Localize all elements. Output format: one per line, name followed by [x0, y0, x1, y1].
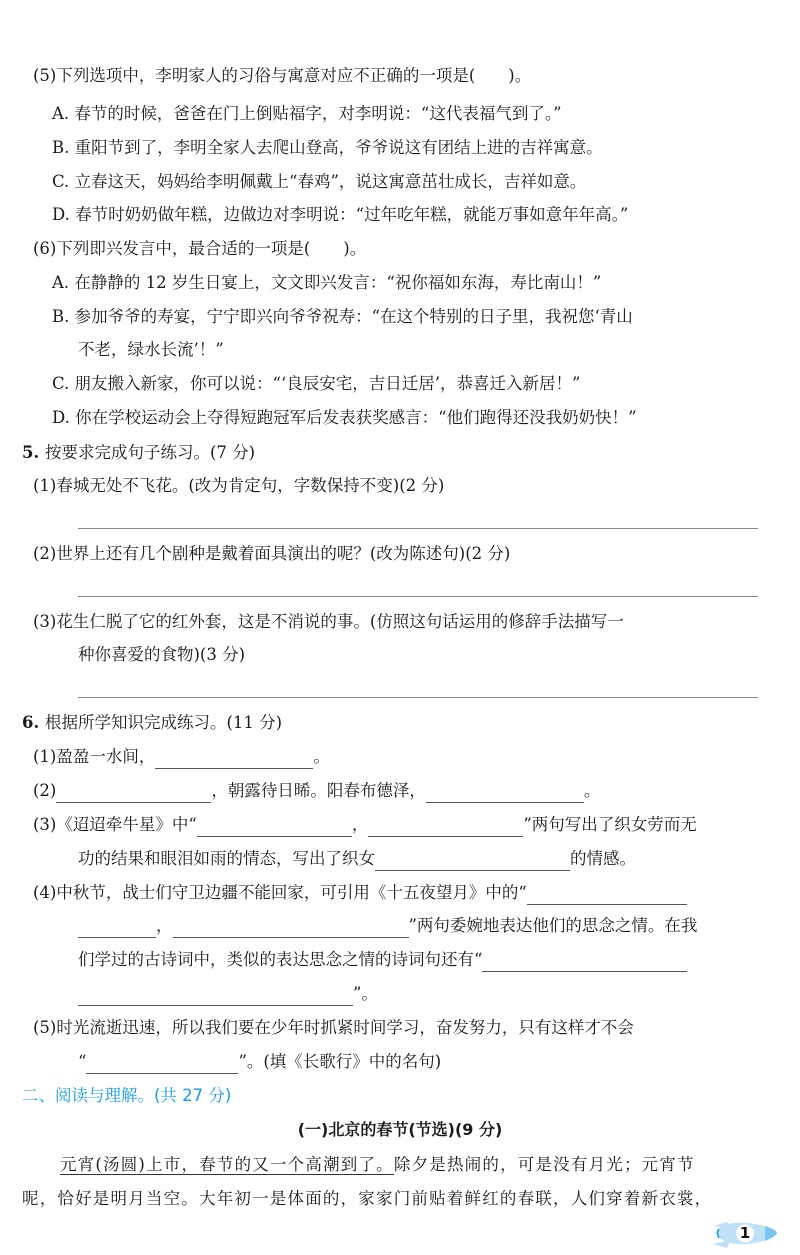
q6-item-3-text3: 功的结果和眼泪如雨的情态，写出了织女: [78, 849, 375, 868]
q5-item-1: (1)春城无处不飞花。(改为肯定句，字数保持不变)(2 分): [33, 474, 444, 498]
q6-option-b-cont: 不老，绿水长流’！”: [78, 338, 224, 362]
q6-option-d: D. 你在学校运动会上夺得短跑冠军后发表获奖感言：“他们跑得还没我奶奶快！”: [52, 406, 637, 430]
question5-number: 5.: [22, 443, 39, 462]
q6-item-1: (1)盈盈一水间，。: [33, 745, 330, 769]
q5-stem: (5)下列选项中，李明家人的习俗与寓意对应不正确的一项是( )。: [33, 64, 531, 88]
q6-item-3-text4: 的情感。: [570, 849, 636, 868]
section-heading: 二、阅读与理解。(共 27 分): [22, 1084, 231, 1108]
q6-item-2-label: (2): [33, 781, 56, 800]
question6-heading: 6. 根据所学知识完成练习。(11 分): [22, 711, 282, 735]
q6-item-2: (2)，朝露待日晞。阳春布德泽，。: [33, 779, 600, 803]
q6-item-4-text: (4)中秋节，战士们守卫边疆不能回家，可引用《十五夜望月》中的“: [33, 883, 527, 902]
passage-line-1: 元宵(汤圆)上市，春节的又一个高潮到了。除夕是热闹的，可是没有月光；元宵节: [60, 1153, 695, 1177]
fill-blank[interactable]: [482, 953, 687, 972]
fill-blank[interactable]: [173, 919, 409, 938]
q5-option-b: B. 重阳节到了，李明全家人去爬山登高，爷爷说这有团结上进的吉祥寓意。: [52, 136, 603, 160]
fill-blank[interactable]: [197, 818, 352, 837]
q6-item-5-text2: ”。(填《长歌行》中的名句): [238, 1052, 441, 1071]
page-number-badge: 1: [705, 1218, 785, 1248]
question6-title: 根据所学知识完成练习。(11 分): [45, 713, 282, 732]
q6-item-2-text: ，朝露待日晞。阳春布德泽，: [211, 781, 426, 800]
q6-item-3-text: (3)《迢迢牵牛星》中“: [33, 815, 197, 834]
fill-blank[interactable]: [56, 784, 211, 803]
q6-option-a: A. 在静静的 12 岁生日宴上，文文即兴发言：“祝你福如东海，寿比南山！”: [52, 271, 601, 295]
fill-blank[interactable]: [426, 784, 584, 803]
question5-title: 按要求完成句子练习。(7 分): [45, 443, 255, 462]
q5-item-3: (3)花生仁脱了它的红外套，这是不消说的事。(仿照这句话运用的修辞手法描写一: [33, 610, 624, 634]
q6-item-3: (3)《迢迢牵牛星》中“，”两句写出了织女劳而无: [33, 813, 697, 837]
page-number: 1: [737, 1222, 753, 1244]
q5-option-a: A. 春节的时候，爸爸在门上倒贴福字，对李明说：“这代表福气到了。”: [52, 102, 562, 126]
fill-blank[interactable]: [155, 750, 313, 769]
fill-blank[interactable]: [78, 919, 156, 938]
q6-item-4-text2: ”两句委婉地表达他们的思念之情。在我: [409, 916, 698, 935]
q6-item-4-cont2: 们学过的古诗词中，类似的表达思念之情的诗词句还有“: [78, 948, 687, 972]
question5-heading: 5. 按要求完成句子练习。(7 分): [22, 441, 255, 465]
q6-item-5: (5)时光流逝迅速，所以我们要在少年时抓紧时间学习，奋发努力，只有这样才不会: [33, 1016, 634, 1040]
fill-blank[interactable]: [368, 818, 523, 837]
q6-option-b: B. 参加爷爷的寿宴，宁宁即兴向爷爷祝寿：“在这个特别的日子里，我祝您‘青山: [52, 305, 633, 329]
passage-line-2: 呢，恰好是明月当空。大年初一是体面的，家家门前贴着鲜红的春联，人们穿着新衣裳，: [22, 1187, 712, 1211]
q6-item-3-text2: ”两句写出了织女劳而无: [523, 815, 696, 834]
q6-item-1-text: (1)盈盈一水间，: [33, 747, 155, 766]
q6-item-5-cont: “”。(填《长歌行》中的名句): [78, 1050, 441, 1074]
answer-line-3[interactable]: [78, 697, 758, 698]
punct: 。: [584, 781, 601, 800]
passage-text: 除夕是热闹的，可是没有月光；元宵节: [394, 1155, 695, 1174]
q6-stem: (6)下列即兴发言中，最合适的一项是( )。: [33, 237, 366, 261]
q6-item-4-cont: ，”两句委婉地表达他们的思念之情。在我: [78, 914, 697, 938]
punct: ”。: [353, 984, 378, 1003]
answer-line-2[interactable]: [78, 596, 758, 597]
q5-item-2: (2)世界上还有几个剧种是戴着面具演出的呢？(改为陈述句)(2 分): [33, 542, 510, 566]
q5-option-d: D. 春节时奶奶做年糕，边做边对李明说：“过年吃年糕，就能万事如意年年高。”: [52, 203, 628, 227]
fill-blank[interactable]: [86, 1055, 238, 1074]
question6-number: 6.: [22, 713, 39, 732]
fill-blank[interactable]: [527, 886, 687, 905]
punct: ，: [156, 916, 173, 935]
q5-item-3-cont: 种你喜爱的食物)(3 分): [78, 643, 245, 667]
q6-option-c: C. 朋友搬入新家，你可以说：“‘良辰安宅，吉日迁居’，恭喜迁入新居！”: [52, 372, 580, 396]
answer-line-1[interactable]: [78, 528, 758, 529]
fill-blank[interactable]: [78, 987, 353, 1006]
passage-title: (一)北京的春节(节选)(9 分): [0, 1118, 800, 1142]
punct: ，: [352, 815, 369, 834]
underlined-sentence: 元宵(汤圆)上市，春节的又一个高潮到了。: [60, 1155, 394, 1175]
fill-blank[interactable]: [375, 852, 570, 871]
q6-item-4-text3: 们学过的古诗词中，类似的表达思念之情的诗词句还有“: [78, 950, 482, 969]
q6-item-3-cont: 功的结果和眼泪如雨的情态，写出了织女的情感。: [78, 847, 636, 871]
punct: 。: [313, 747, 330, 766]
q6-item-4: (4)中秋节，战士们守卫边疆不能回家，可引用《十五夜望月》中的“: [33, 881, 687, 905]
punct: “: [78, 1052, 86, 1071]
q5-option-c: C. 立春这天，妈妈给李明佩戴上“春鸡”，说这寓意茁壮成长，吉祥如意。: [52, 170, 586, 194]
q6-item-4-cont3: ”。: [78, 982, 378, 1006]
